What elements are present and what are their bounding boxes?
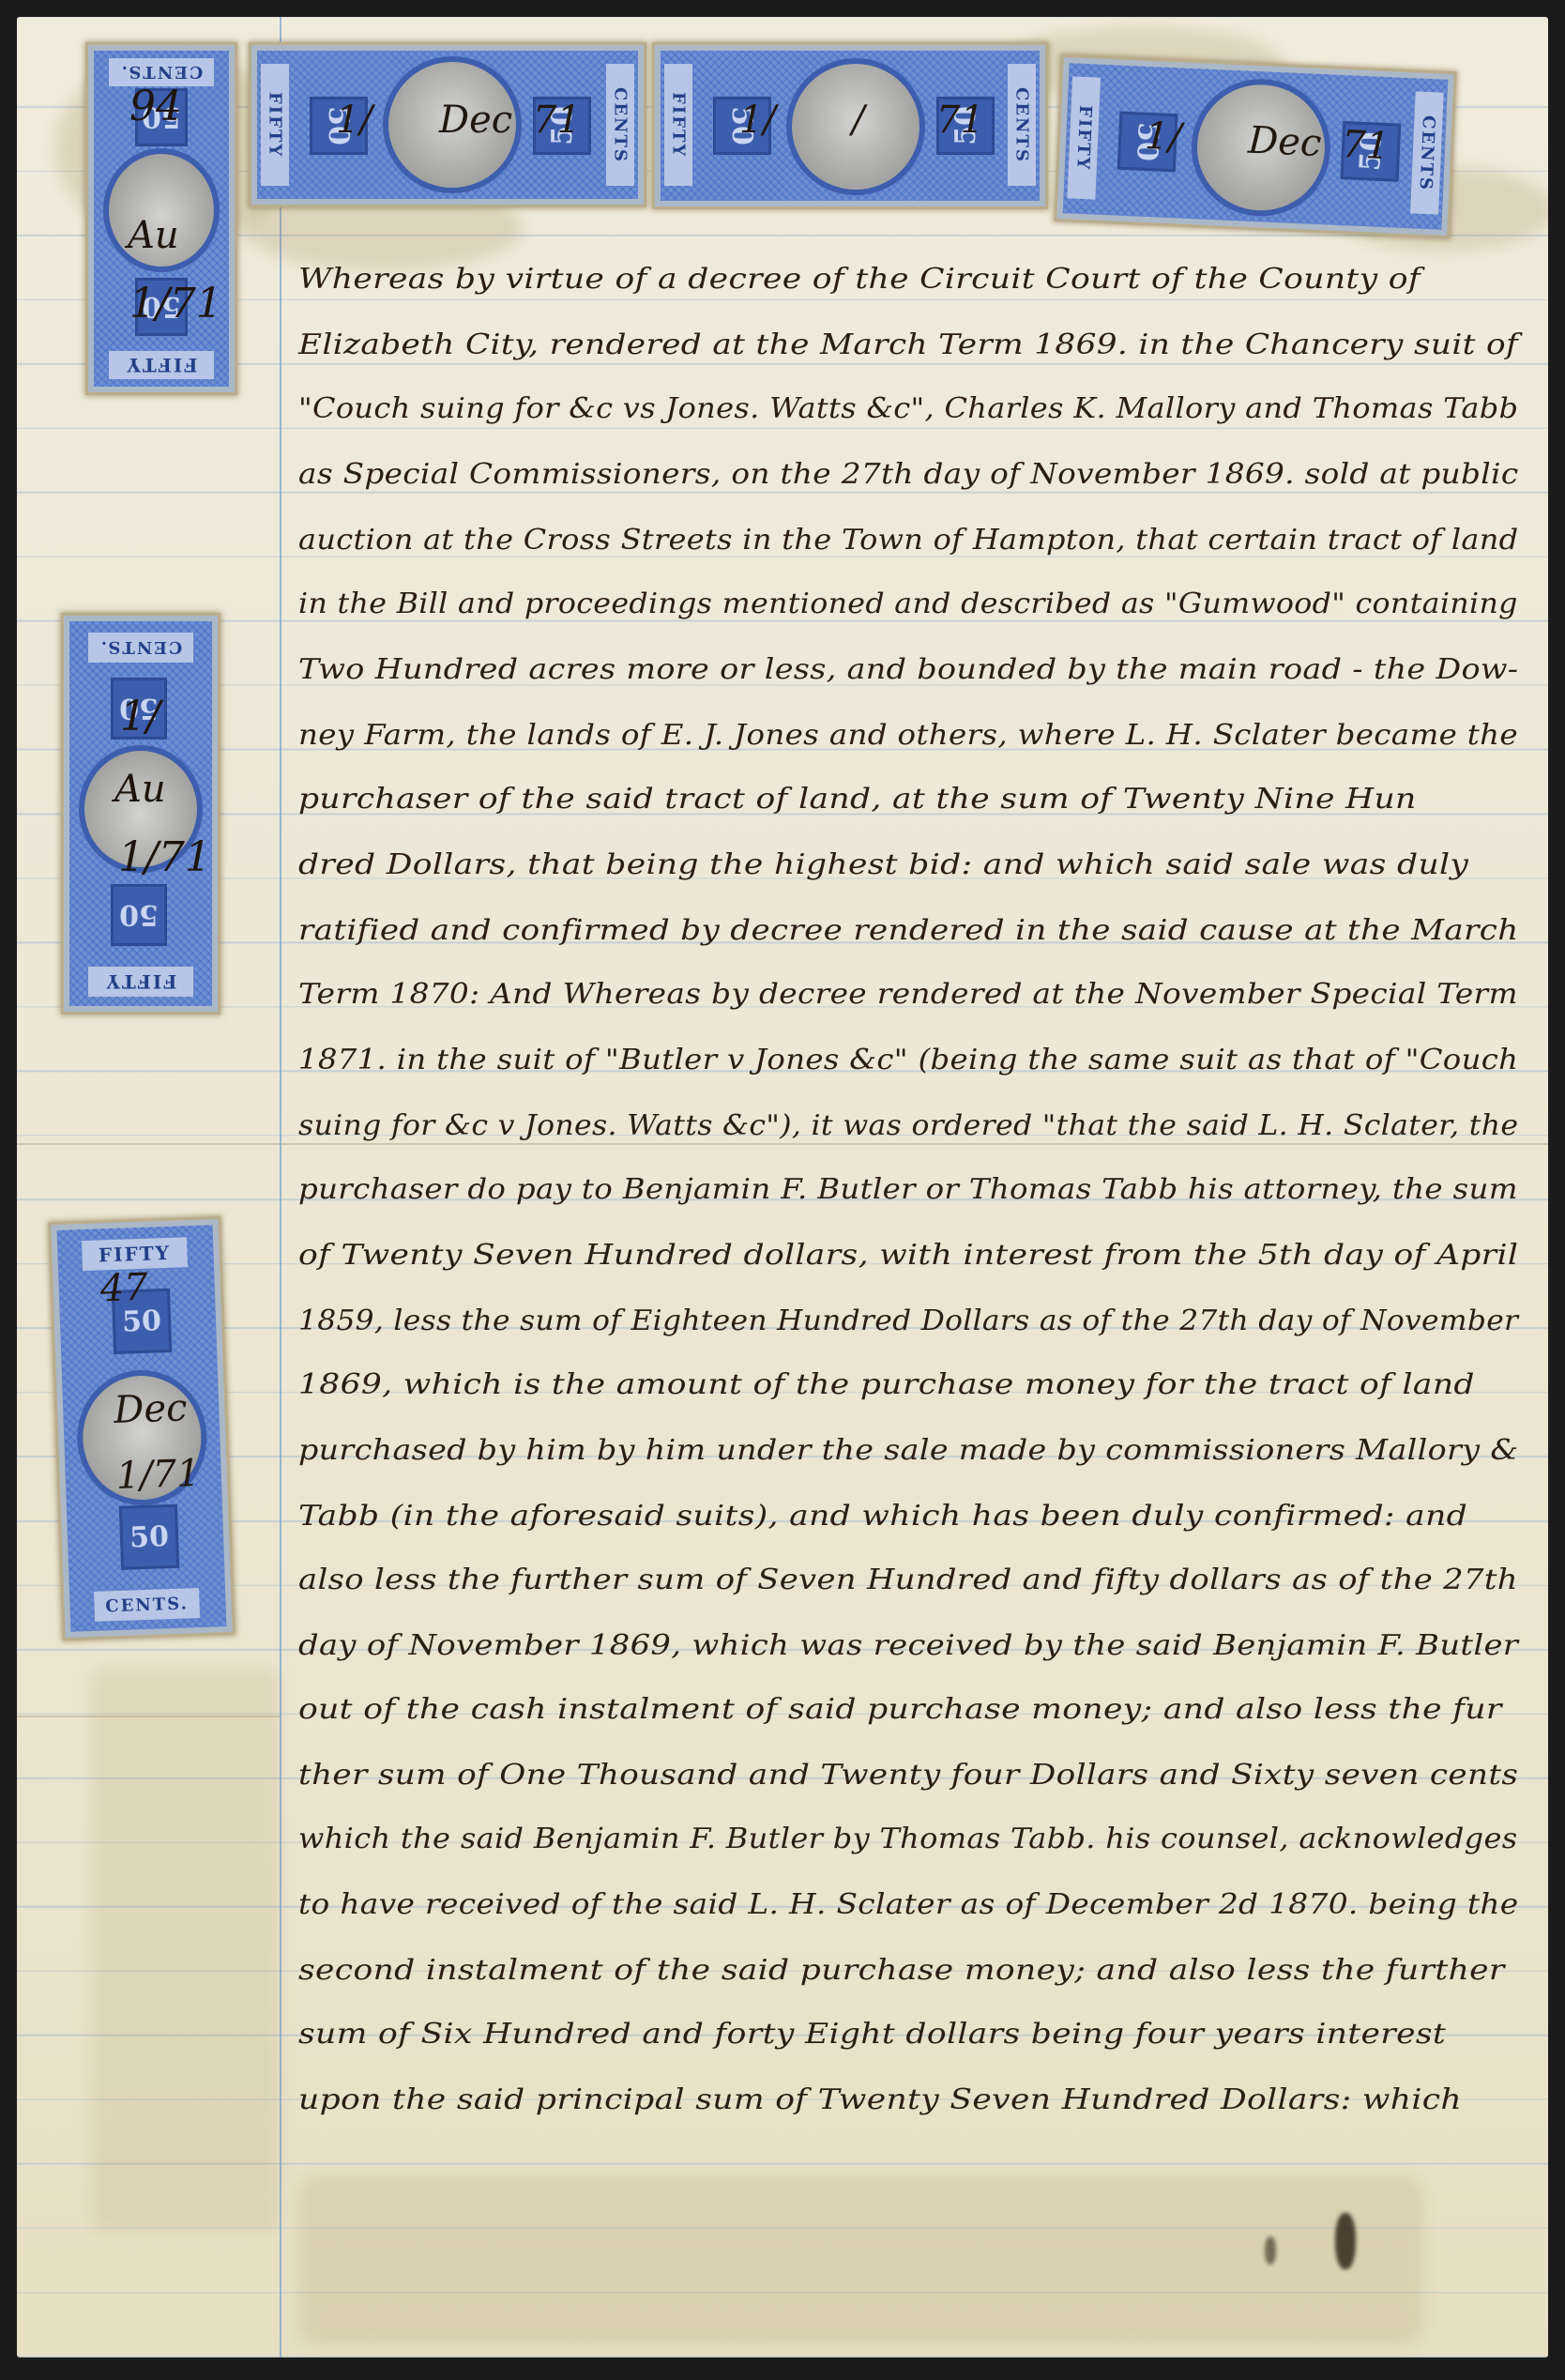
cancel-mark: 1/ [120, 693, 160, 740]
cancel-mark: 71 [533, 101, 581, 139]
stamp-label: FIFTY [88, 967, 193, 997]
text-line: Two Hundred acres more or less, and boun… [298, 653, 1518, 686]
text-line: 1869, which is the amount of the purchas… [298, 1368, 1475, 1401]
cancel-mark: 71 [936, 101, 984, 139]
fold-crease [17, 1143, 1548, 1145]
cancel-mark: Dec [439, 101, 512, 139]
text-line: ther sum of One Thousand and Twenty four… [298, 1759, 1518, 1792]
stamp-label: CENTS. [88, 633, 193, 663]
text-line: purchased by him by him under the sale m… [298, 1434, 1518, 1467]
text-line: sum of Six Hundred and forty Eight dolla… [298, 2018, 1446, 2051]
revenue-stamp: FIFTY 50 50 CENTS. 47 Dec 1/71 [51, 1219, 232, 1638]
cancel-mark: 1/71 [118, 833, 211, 881]
stain [298, 2175, 1424, 2344]
text-line: Term 1870: And Whereas by decree rendere… [298, 978, 1518, 1011]
text-line: 1871. in the suit of "Butler v Jones &c"… [298, 1044, 1518, 1076]
ink-blot [1265, 2236, 1276, 2265]
cancel-mark: 71 [1341, 126, 1390, 165]
text-line: dred Dollars, that being the highest bid… [298, 848, 1468, 881]
cancel-mark: Au [128, 214, 179, 257]
stamp-label: FIFTY [109, 351, 214, 379]
text-line: in the Bill and proceedings mentioned an… [298, 587, 1518, 620]
revenue-stamp: FIFTY 50 50 CENTS 1/ / 71 [655, 45, 1045, 206]
text-line: also less the further sum of Seven Hundr… [298, 1564, 1518, 1596]
text-line: ratified and confirmed by decree rendere… [298, 914, 1519, 947]
stamp-label: FIFTY [261, 64, 289, 186]
stamp-label: FIFTY [1067, 76, 1101, 199]
cancel-mark: 94 [129, 83, 182, 130]
stamp-label: CENTS [1410, 91, 1444, 214]
cancel-mark: Au [114, 768, 166, 811]
cancel-mark: 1/ [1145, 117, 1183, 157]
stamp-label: FIFTY [664, 64, 692, 186]
text-line: which the said Benjamin F. Butler by Tho… [298, 1823, 1517, 1855]
text-line: purchaser do pay to Benjamin F. Butler o… [298, 1173, 1518, 1206]
stamp-denomination: 50 [119, 1504, 179, 1570]
text-line: of Twenty Seven Hundred dollars, with in… [298, 1239, 1518, 1272]
ink-blot [1335, 2213, 1356, 2269]
text-line: as Special Commissioners, on the 27th da… [298, 458, 1518, 491]
text-line: "Couch suing for &c vs Jones. Watts &c",… [298, 392, 1518, 425]
revenue-stamp: FIFTY 50 50 CENTS 1/ Dec 71 [1056, 57, 1453, 236]
text-line: ney Farm, the lands of E. J. Jones and o… [298, 719, 1518, 752]
text-line: to have received of the said L. H. Sclat… [298, 1888, 1519, 1921]
margin-rule [280, 17, 281, 2357]
stamp-label: CENTS. [94, 1588, 200, 1622]
stamp-label: CENTS [606, 64, 634, 186]
text-line: Whereas by virtue of a decree of the Cir… [298, 263, 1421, 296]
cancel-mark: 1/71 [129, 280, 222, 328]
text-line: auction at the Cross Streets in the Town… [298, 524, 1518, 557]
cancel-mark: Dec [114, 1389, 189, 1429]
text-line: Tabb (in the aforesaid suits), and which… [298, 1500, 1467, 1533]
text-line: second instalment of the said purchase m… [298, 1954, 1505, 1987]
text-line: 1859, less the sum of Eighteen Hundred D… [298, 1304, 1518, 1337]
stamp-label: CENTS [1008, 64, 1036, 186]
text-line: upon the said principal sum of Twenty Se… [298, 2083, 1462, 2116]
text-line: suing for &c v Jones. Watts &c"), it was… [298, 1109, 1518, 1142]
cancel-mark: 47 [99, 1269, 148, 1308]
stamp-denomination: 50 [111, 884, 167, 946]
stamp-ghost-stain [92, 1669, 280, 2232]
text-line: purchaser of the said tract of land, at … [298, 783, 1417, 816]
text-line: day of November 1869, which was received… [298, 1629, 1518, 1662]
cancel-mark: 1/ [336, 101, 372, 139]
deed-paper: FIFTY 50 50 CENTS. 94 Au 1/71 FIFTY 50 5… [17, 17, 1548, 2357]
revenue-stamp: FIFTY 50 50 CENTS. [64, 616, 218, 1012]
text-line: out of the cash instalment of said purch… [298, 1693, 1502, 1726]
cancel-mark: 1/71 [115, 1455, 201, 1495]
cancel-mark: Dec [1247, 122, 1322, 162]
cancel-mark: 1/ [739, 101, 776, 139]
revenue-stamp: FIFTY 50 50 CENTS 1/ Dec 71 [251, 45, 644, 205]
text-line: Elizabeth City, rendered at the March Te… [298, 328, 1518, 361]
cancel-mark: / [852, 101, 864, 139]
